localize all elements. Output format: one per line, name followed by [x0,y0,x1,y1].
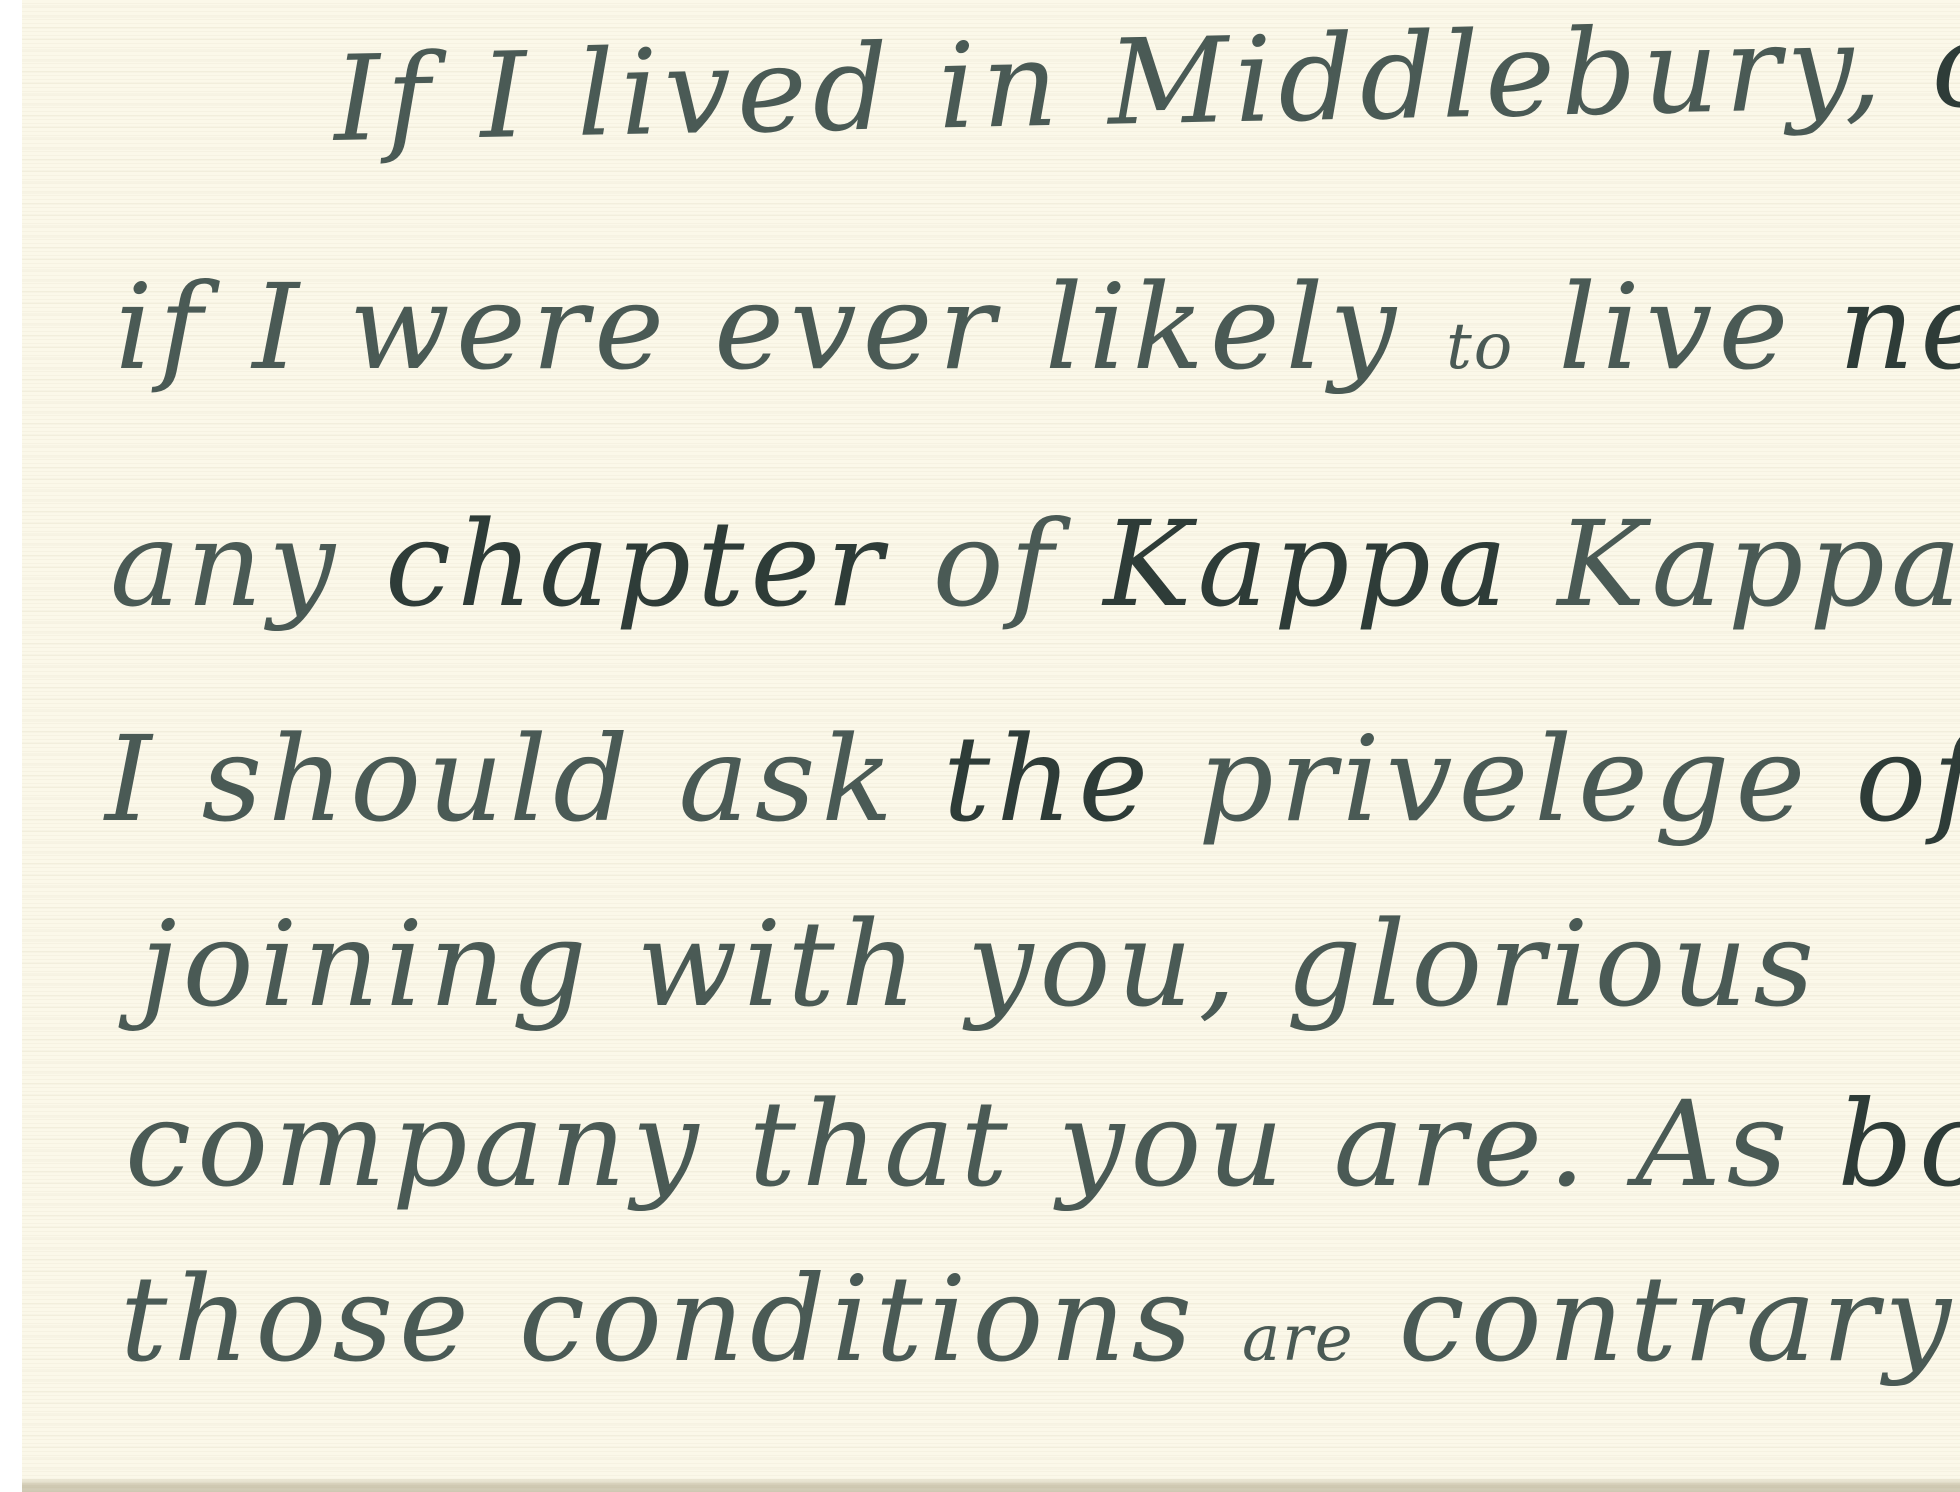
word: Middlebury, [1107,7,1889,141]
word: I [479,36,534,155]
word: near [1838,268,1960,386]
word: Kappa [1557,505,1960,623]
word: or [1930,4,1960,125]
word: ever [714,268,1001,386]
word: conditions [519,1260,1198,1378]
letter-line-5: joiningwithyou,glorious [140,905,1864,1023]
word: contrary [1399,1260,1957,1378]
word: were [349,268,670,386]
word: of [933,505,1060,623]
word: in [937,25,1065,146]
word: I [252,268,305,386]
word: that [749,1085,1014,1203]
word: you [1058,1085,1290,1203]
word: lived [575,28,895,153]
word: any [110,505,341,623]
word: you, [967,905,1242,1023]
word: chapter [385,505,889,623]
word: If [333,38,438,158]
word: ask [679,720,899,838]
word: joining [140,905,593,1023]
word: those [120,1260,475,1378]
word: both [1837,1085,1960,1203]
word: should [202,720,635,838]
letter-line-3: anychapterofKappaKappaGamma, [110,505,1960,623]
word: if [115,268,208,386]
letter-line-4: Ishouldasktheprivelegeof [105,720,1960,838]
word: are. [1333,1085,1591,1203]
word: Kappa [1103,505,1513,623]
letter-scan: IfIlivedinMiddlebury,or ifIwereeverlikel… [0,0,1960,1492]
word: I [105,720,158,838]
word: the [943,720,1154,838]
letter-line-1: IfIlivedinMiddlebury,or [333,3,1960,158]
word: to [1446,315,1514,379]
word: with [637,905,923,1023]
word: are [1242,1307,1355,1371]
word: privelege [1198,720,1811,838]
handwritten-text: IfIlivedinMiddlebury,or ifIwereeverlikel… [0,0,1960,1492]
letter-line-7: thoseconditionsarecontraryto [120,1260,1960,1378]
word: As [1636,1085,1794,1203]
letter-line-2: ifIwereeverlikelytolivenear [115,268,1960,386]
word: live [1558,268,1794,386]
word: likely [1045,268,1402,386]
letter-line-6: companythatyouare.Asboth [125,1085,1960,1203]
word: company [125,1085,705,1203]
word: of [1855,720,1960,838]
word: glorious [1286,905,1820,1023]
